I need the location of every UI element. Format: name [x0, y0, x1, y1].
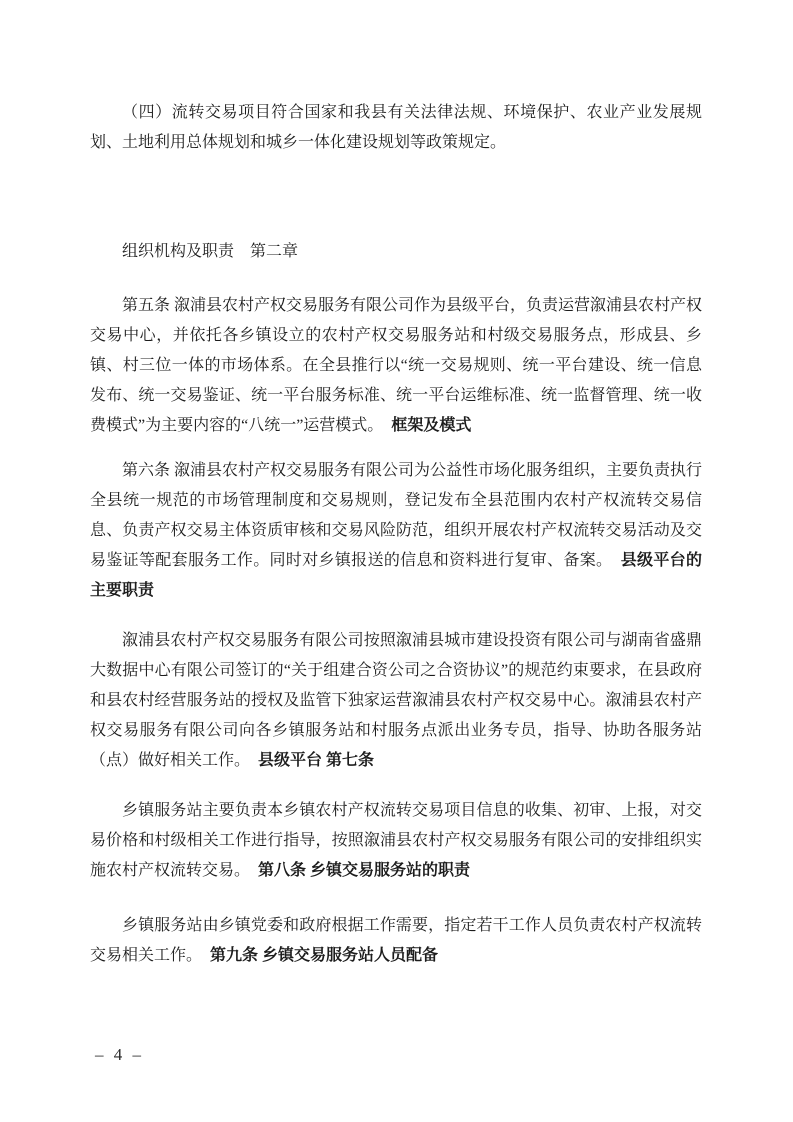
clause-4-paragraph: （四）流转交易项目符合国家和我县有关法律法规、环境保护、农业产业发展规划、土地利… — [90, 98, 702, 158]
heading-run: 框架及模式 — [391, 417, 471, 434]
heading-run: 第九条 乡镇交易服务站人员配备 — [210, 947, 438, 964]
text-run: 组织机构及职责 第二章 — [122, 243, 298, 260]
chapter-2-heading: 组织机构及职责 第二章 — [90, 237, 702, 267]
heading-run: 第八条 乡镇交易服务站的职责 — [258, 862, 470, 879]
text-run: 第六条 溆浦县农村产权交易服务有限公司为公益性市场化服务组织，主要负责执行全县统… — [90, 462, 702, 569]
article-6-paragraph: 第六条 溆浦县农村产权交易服务有限公司为公益性市场化服务组织，主要负责执行全县统… — [90, 456, 702, 606]
text-run: 第五条 溆浦县农村产权交易服务有限公司作为县级平台，负责运营溆浦县农村产权交易中… — [90, 297, 702, 434]
text-run: 溆浦县农村产权交易服务有限公司按照溆浦县城市建设投资有限公司与湖南省盛鼎大数据中… — [90, 632, 702, 769]
heading-run: 县级平台 第七条 — [258, 752, 374, 769]
article-5-paragraph: 第五条 溆浦县农村产权交易服务有限公司作为县级平台，负责运营溆浦县农村产权交易中… — [90, 291, 702, 441]
document-body: （四）流转交易项目符合国家和我县有关法律法规、环境保护、农业产业发展规划、土地利… — [90, 98, 702, 971]
township-station-duties-paragraph: 乡镇服务站主要负责本乡镇农村产权流转交易项目信息的收集、初审、上报，对交易价格和… — [90, 796, 702, 886]
document-page: （四）流转交易项目符合国家和我县有关法律法规、环境保护、农业产业发展规划、土地利… — [0, 0, 793, 1122]
county-platform-operation-paragraph: 溆浦县农村产权交易服务有限公司按照溆浦县城市建设投资有限公司与湖南省盛鼎大数据中… — [90, 626, 702, 776]
township-station-staffing-paragraph: 乡镇服务站由乡镇党委和政府根据工作需要，指定若干工作人员负责农村产权流转交易相关… — [90, 911, 702, 971]
page-number: – 4 – — [95, 1040, 144, 1070]
text-run: （四）流转交易项目符合国家和我县有关法律法规、环境保护、农业产业发展规划、土地利… — [90, 104, 702, 151]
